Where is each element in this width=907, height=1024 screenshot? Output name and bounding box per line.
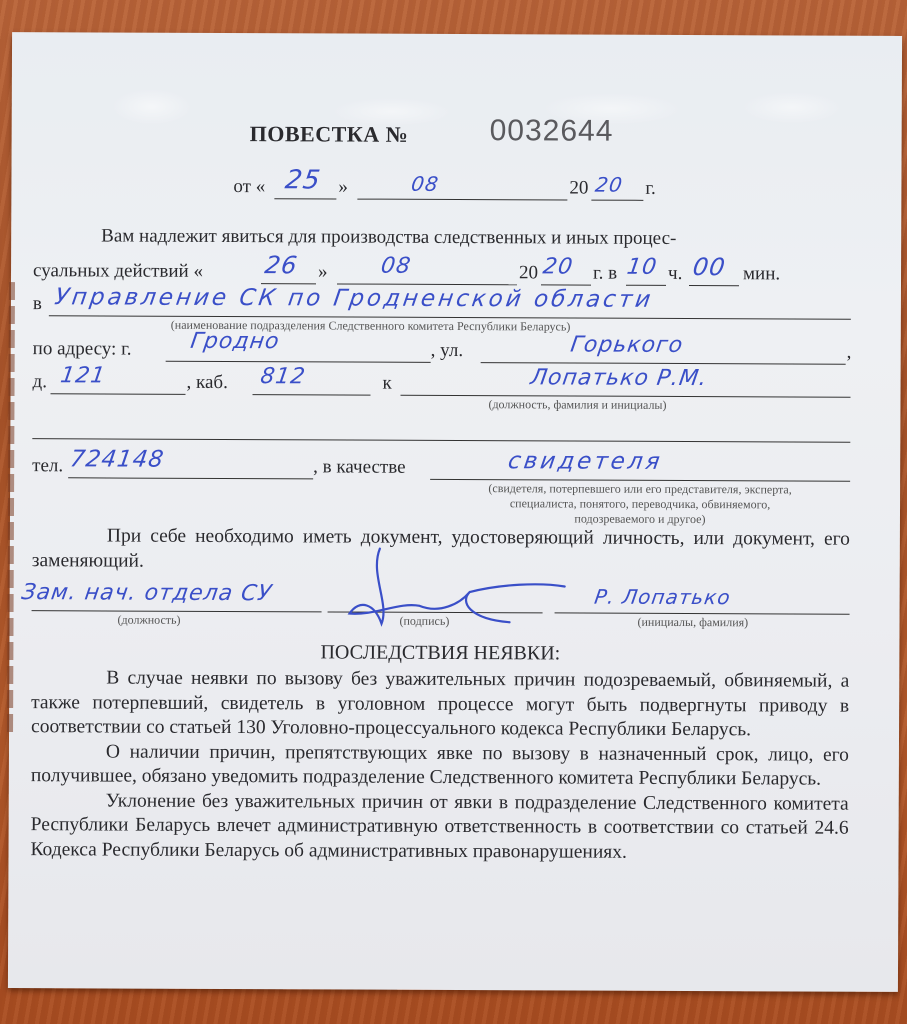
street-end: , [847, 342, 852, 364]
issue-date-prefix: от « [233, 176, 265, 198]
issue-year-prefix: 20 [569, 177, 588, 199]
house-value: 121 [59, 363, 108, 388]
appear-hour-unit: ч. [668, 263, 682, 285]
place-prefix: в [33, 293, 42, 315]
office-value: 812 [259, 364, 308, 389]
consequences-heading: ПОСЛЕДСТВИЯ НЕЯВКИ: [31, 640, 849, 667]
position-caption: (должность) [117, 613, 180, 628]
issue-month: 08 [410, 172, 441, 196]
consequences-text: В случае неявки по вызову без уважительн… [30, 666, 849, 866]
document-number: 0032644 [490, 114, 614, 149]
role-caption: (свидетеля, потерпевшего или его предста… [430, 481, 850, 528]
role-value: свидетеля [506, 448, 664, 475]
house-line [51, 393, 186, 395]
phone-value: 724148 [68, 446, 166, 472]
issue-year-line [591, 200, 643, 201]
name-caption: (инициалы, фамилия) [637, 615, 748, 630]
phone-line [68, 477, 313, 479]
office-label: , каб. [187, 372, 228, 394]
summons-paper: ПОВЕСТКА № 0032644 от « 25 » 08 20 20 г.… [8, 32, 902, 992]
to-label: к [383, 373, 392, 395]
document-title: ПОВЕСТКА № [250, 121, 409, 148]
role-label: , в качестве [313, 456, 405, 478]
issue-year-unit: г. [645, 178, 656, 200]
issue-day-line [274, 198, 336, 199]
embossed-impression [92, 76, 852, 139]
appear-month: 08 [379, 254, 413, 279]
consequences-paragraph: Уклонение без уважительных причин от явк… [30, 789, 848, 866]
appear-year-prefix: 20 [519, 262, 538, 284]
appear-hour: 10 [625, 255, 659, 280]
issue-day: 25 [283, 165, 322, 195]
appear-year-unit: г. в [593, 263, 617, 285]
appear-minute-unit: мин. [743, 263, 780, 285]
city-label: по адресу: г. [33, 338, 132, 360]
consequences-paragraph: В случае неявки по вызову без уважительн… [31, 666, 849, 743]
phone-label: тел. [32, 455, 63, 477]
signature-caption: (подпись) [399, 614, 449, 629]
appear-minute-line [689, 285, 739, 286]
summons-intro-line2: суальных действий « [33, 260, 203, 283]
consequences-paragraph: О наличии причин, препятствующих явке по… [31, 740, 849, 793]
appear-day: 26 [263, 251, 300, 279]
appear-year-suffix: 20 [541, 254, 575, 279]
to-caption: (должность, фамилия и инициалы) [488, 397, 666, 413]
signer-name: Р. Лопатько [593, 585, 733, 610]
appear-minute: 00 [691, 253, 728, 281]
office-line [253, 394, 371, 396]
street-label: , ул. [431, 340, 464, 362]
issue-day-close: » [338, 176, 348, 198]
signer-position: Зам. нач. отдела СУ [20, 580, 274, 606]
city-value: Гродно [189, 329, 281, 354]
place-value: Управление СК по Гродненской области [53, 284, 655, 313]
city-line [166, 361, 431, 363]
street-line [481, 362, 846, 365]
house-label: д. [33, 371, 48, 393]
appear-day-close: » [318, 261, 328, 283]
blank-line [32, 438, 850, 443]
perforation-edge [7, 282, 15, 732]
street-value: Горького [569, 333, 685, 358]
appear-hour-line [626, 285, 666, 286]
summons-intro-line1: Вам надлежит явиться для производства сл… [101, 225, 676, 250]
issue-month-line [357, 199, 567, 201]
to-person: Лопатько Р.М. [529, 365, 709, 391]
issue-year-suffix: 20 [594, 173, 625, 197]
